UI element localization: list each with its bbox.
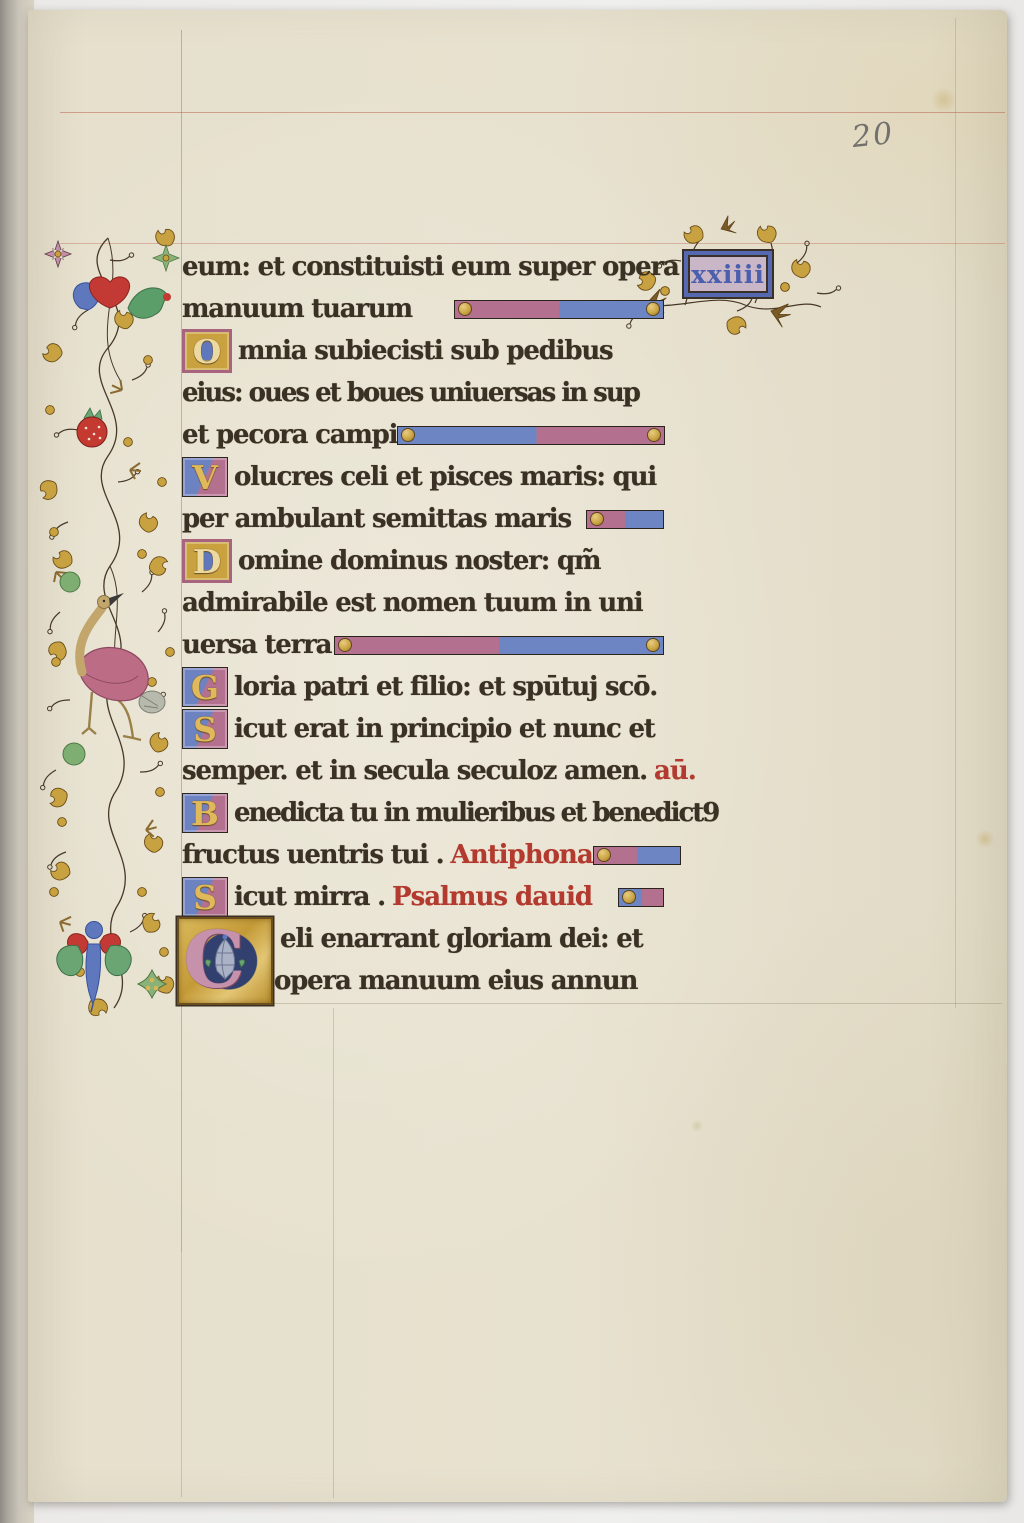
- chapter-numeral-box: xxiiii: [684, 251, 772, 297]
- illuminated-initial: G: [182, 667, 228, 707]
- line-text: semper. et in secula seculoz amen.: [182, 756, 647, 786]
- line-text: manuum tuarum: [182, 294, 412, 324]
- pink-star-flower: [45, 241, 71, 267]
- green-star-flower: [153, 245, 179, 271]
- illuminated-initial: V: [182, 457, 228, 497]
- line-text: icut erat in principio et nunc et: [234, 714, 655, 744]
- green-berry: [60, 572, 80, 592]
- line-filler: [397, 426, 665, 445]
- text-line: manuum tuarum: [182, 288, 664, 330]
- text-line: Domine dominus noster: qm̃: [182, 540, 664, 582]
- line-text: admirabile est nomen tuum in uni: [182, 588, 642, 618]
- line-text: enedicta tu in mulieribus et benedict9: [234, 798, 718, 828]
- illuminated-initial: S: [182, 877, 228, 917]
- illuminated-initial-large: C: [177, 917, 273, 1005]
- text-line: Sicut erat in principio et nunc et: [182, 708, 664, 750]
- line-text: mnia subiecisti sub pedibus: [238, 336, 613, 366]
- line-text: opera manuum eius annun: [274, 966, 637, 996]
- text-line: fructus uentris tui .Antiphona: [182, 834, 664, 876]
- strawberry: [77, 408, 107, 447]
- chapter-numeral: xxiiii: [691, 260, 765, 289]
- line-filler: [454, 300, 664, 319]
- line-filler: [586, 510, 664, 529]
- text-line: Omnia subiecisti sub pedibus: [182, 330, 664, 372]
- green-berry: [63, 743, 85, 765]
- acanthus-flower: [73, 277, 171, 318]
- illuminated-initial: O: [182, 329, 232, 373]
- line-text: olucres celi et pisces maris: qui: [234, 462, 656, 492]
- manuscript-photo: 20: [0, 0, 1024, 1523]
- line-filler: [618, 888, 664, 907]
- folio-number: 20: [850, 116, 896, 155]
- line-text: eius: oues et boues uniuersas in sup: [182, 378, 639, 408]
- line-text: loria patri et filio: et spūtuj scō.: [234, 672, 657, 702]
- line-text: omine dominus noster: qm̃: [238, 546, 600, 576]
- text-line: admirabile est nomen tuum in uni: [182, 582, 664, 624]
- text-line: Sicut mirra .Psalmus dauid: [182, 876, 664, 918]
- line-text: et pecora campi: [182, 420, 397, 450]
- text-line: per ambulant semittas maris: [182, 498, 664, 540]
- text-line: Volucres celi et pisces maris: qui: [182, 456, 664, 498]
- text-line: Gloria patri et filio: et spūtuj scō.: [182, 666, 664, 708]
- text-line: eius: oues et boues uniuersas in sup: [182, 372, 664, 414]
- line-text: icut mirra .: [234, 882, 385, 912]
- line-text: uersa terra: [182, 630, 331, 660]
- text-line: semper. et in secula seculoz amen.aū.: [182, 750, 664, 792]
- line-text: per ambulant semittas maris: [182, 504, 571, 534]
- rubric-text: Antiphona: [451, 840, 593, 870]
- line-text: eli enarrant gloriam dei: et: [280, 924, 642, 954]
- rubric-text: Psalmus dauid: [392, 882, 592, 912]
- line-text: fructus uentris tui .: [182, 840, 444, 870]
- green-star-flower: [138, 970, 166, 998]
- crane-bird: [78, 593, 165, 740]
- text-line: Benedicta tu in mulieribus et benedict9: [182, 792, 664, 834]
- rubric-text: aū.: [654, 756, 696, 786]
- illuminated-initial: B: [182, 793, 228, 833]
- line-filler: [593, 846, 681, 865]
- text-line: uersa terra: [182, 624, 664, 666]
- text-line: et pecora campi: [182, 414, 664, 456]
- line-filler: [334, 636, 664, 655]
- illuminated-initial: S: [182, 709, 228, 749]
- text-line: eum: et constituisti eum super opera: [182, 246, 664, 288]
- line-text: eum: et constituisti eum super opera: [182, 252, 679, 282]
- illuminated-initial: D: [182, 539, 232, 583]
- columbine-flower-inset: [203, 933, 247, 985]
- floral-border: [30, 230, 182, 1016]
